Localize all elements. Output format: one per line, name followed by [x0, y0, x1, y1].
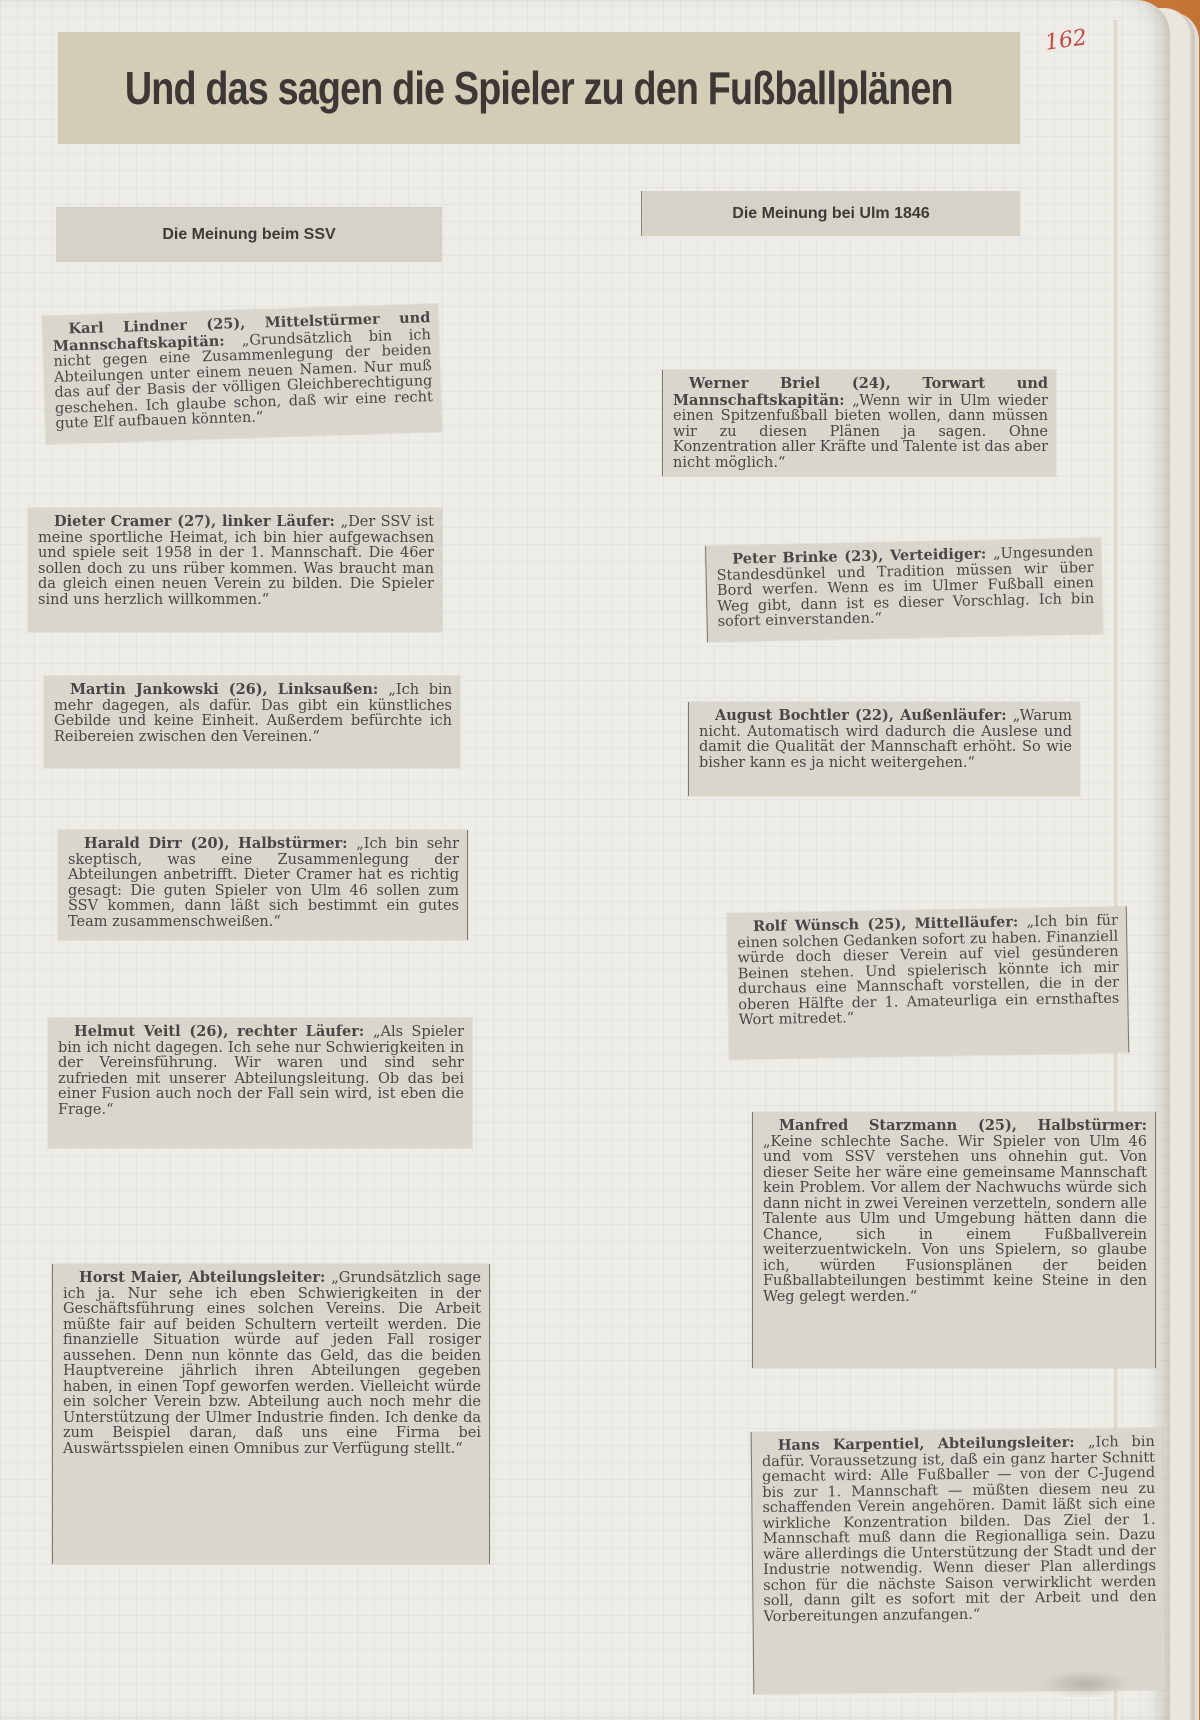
clipping-dieter-cramer: Dieter Cramer (27), linker Läufer: „Der …	[28, 508, 442, 632]
quote: „Keine schlechte Sache. Wir Spieler von …	[763, 1134, 1147, 1305]
clipping-manfred-starzmann: Manfred Starzmann (25), Halbstürmer: „Ke…	[752, 1112, 1156, 1368]
clipping-hans-karpentiel: Hans Karpentiel, Abteilungsleiter: „Ich …	[751, 1428, 1166, 1694]
headline-clipping: Und das sagen die Spieler zu den Fußball…	[58, 32, 1020, 144]
torn-paper-residue	[1040, 1670, 1130, 1698]
speaker: Horst Maier, Abteilungsleiter:	[63, 1269, 331, 1286]
speaker: Harald Dirr (20), Halbstürmer:	[68, 835, 356, 852]
clipping-horst-maier: Horst Maier, Abteilungsleiter: „Grundsät…	[52, 1264, 490, 1564]
quote: „Ich bin dafür. Voraussetzung ist, daß e…	[762, 1434, 1157, 1625]
section-label-ulm-1846: Die Meinung bei Ulm 1846	[641, 191, 1020, 236]
quote: „Grundsätzlich sage ich ja. Nur sehe ich…	[63, 1270, 481, 1457]
clipping-august-bochtler: August Bochtler (22), Außenläufer: „Waru…	[688, 702, 1080, 796]
clipping-karl-lindner: Karl Lindner (25), Mittelstürmer und Man…	[42, 304, 442, 444]
speaker: Manfred Starzmann (25), Halbstürmer:	[763, 1117, 1147, 1134]
speaker: Helmut Veitl (26), rechter Läufer:	[58, 1023, 373, 1040]
clipping-harald-dirr: Harald Dirr (20), Halbstürmer: „Ich bin …	[58, 830, 468, 940]
clipping-rolf-wuensch: Rolf Wünsch (25), Mittelläufer: „Ich bin…	[727, 907, 1129, 1060]
speaker: August Bochtler (22), Außenläufer:	[699, 707, 1013, 724]
clipping-peter-brinke: Peter Brinke (23), Verteidiger: „Ungesun…	[705, 538, 1103, 642]
section-label-ssv: Die Meinung beim SSV	[56, 207, 442, 262]
headline-text: Und das sagen die Spieler zu den Fußball…	[125, 61, 953, 115]
clipping-werner-briel: Werner Briel (24), Torwart und Mannschaf…	[662, 370, 1056, 476]
clipping-helmut-veitl: Helmut Veitl (26), rechter Läufer: „Als …	[48, 1018, 472, 1148]
speaker: Dieter Cramer (27), linker Läufer:	[38, 513, 341, 530]
speaker: Martin Jankowski (26), Linksaußen:	[54, 681, 388, 698]
clipping-martin-jankowski: Martin Jankowski (26), Linksaußen: „Ich …	[44, 676, 460, 768]
